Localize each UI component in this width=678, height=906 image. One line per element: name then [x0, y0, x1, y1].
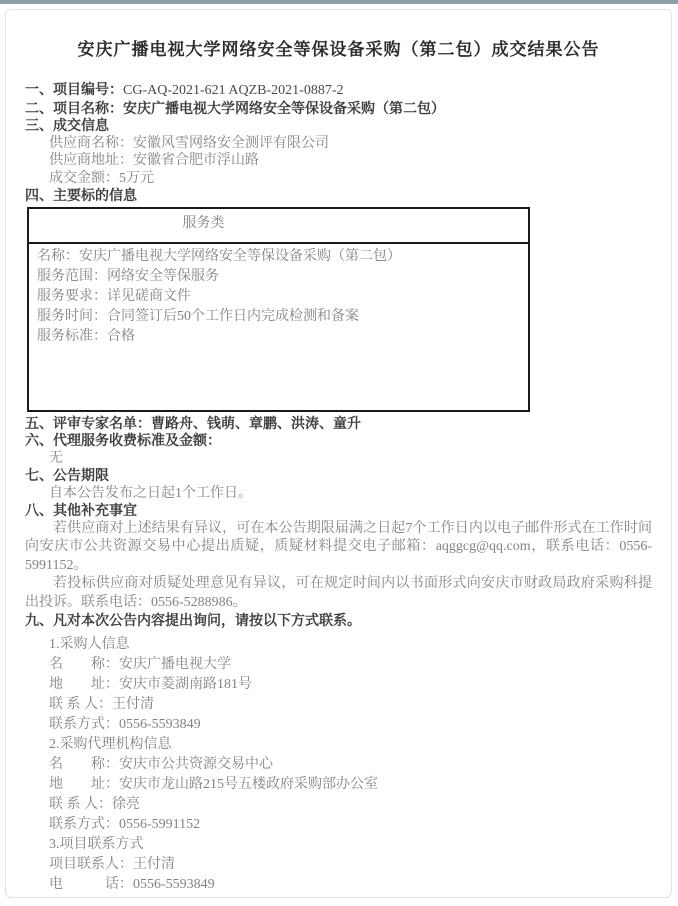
service-time-row: 服务时间：合同签订后50个工作日内完成检测和备案	[37, 307, 520, 327]
project-name-label: 二、项目名称：	[25, 100, 123, 116]
contact-blocks: 1.采购人信息 名 称：安庆广播电视大学 地 址：安庆市菱湖南路181号 联 系…	[25, 635, 652, 895]
project-number-value: CG-AQ-2021-621 AQZB-2021-0887-2	[123, 83, 343, 98]
section-agency-fee-heading: 六、代理服务收费标准及金额：	[25, 432, 652, 450]
agency-name-line: 名 称：安庆市公共资源交易中心	[49, 755, 652, 775]
service-scope-row: 服务范围：网络安全等保服务	[37, 267, 520, 287]
agency-contact-person-line: 联 系 人：徐亮	[49, 795, 652, 815]
expert-list-label: 五、评审专家名单：	[25, 415, 151, 431]
subject-table-body-row: 名称：安庆广播电视大学网络安全等保设备采购（第二包） 服务范围：网络安全等保服务…	[28, 243, 529, 411]
agency-contact-phone-line: 联系方式：0556-5991152	[49, 815, 652, 835]
project-number-label: 一、项目编号：	[25, 81, 123, 97]
subject-info-table: 服务类 名称：安庆广播电视大学网络安全等保设备采购（第二包） 服务范围：网络安全…	[27, 207, 530, 412]
subject-table-header-row: 服务类	[28, 208, 529, 243]
top-accent-bar	[0, 0, 678, 4]
section-notice-period-heading: 七、公告期限	[25, 467, 652, 485]
deal-amount-line: 成交金额：5万元	[49, 170, 652, 188]
agency-fee-value: 无	[49, 450, 652, 468]
agency-address-line: 地 址：安庆市龙山路215号五楼政府采购部办公室	[49, 775, 652, 795]
section-project-number: 一、项目编号：CG-AQ-2021-621 AQZB-2021-0887-2	[25, 81, 652, 100]
subject-name-row: 名称：安庆广播电视大学网络安全等保设备采购（第二包）	[37, 247, 520, 267]
service-standard-row: 服务标准：合格	[37, 327, 520, 347]
supplier-address-line: 供应商地址：安徽省合肥市浮山路	[49, 152, 652, 170]
subject-detail-cell: 名称：安庆广播电视大学网络安全等保设备采购（第二包） 服务范围：网络安全等保服务…	[28, 243, 529, 411]
purchaser-info-heading: 1.采购人信息	[49, 635, 652, 655]
announcement-sheet: 安庆广播电视大学网络安全等保设备采购（第二包）成交结果公告 一、项目编号：CG-…	[5, 9, 672, 898]
purchaser-contact-person-line: 联 系 人：王付清	[49, 695, 652, 715]
agency-info-heading: 2.采购代理机构信息	[49, 735, 652, 755]
page-title: 安庆广播电视大学网络安全等保设备采购（第二包）成交结果公告	[25, 38, 652, 62]
project-name-value: 安庆广播电视大学网络安全等保设备采购（第二包）	[123, 100, 445, 116]
section-contact-heading: 九、凡对本次公告内容提出询问，请按以下方式联系。	[25, 612, 652, 630]
notice-period-value: 自本公告发布之日起1个工作日。	[49, 485, 652, 503]
objection-paragraph: 若供应商对上述结果有异议，可在本公告期限届满之日起7个工作日内以电子邮件形式在工…	[25, 520, 652, 576]
section-deal-info-heading: 三、成交信息	[25, 117, 652, 135]
project-contact-heading: 3.项目联系方式	[49, 835, 652, 855]
purchaser-contact-phone-line: 联系方式：0556-5593849	[49, 715, 652, 735]
project-contact-phone-line: 电 话：0556-5593849	[49, 875, 652, 895]
section-subject-info-heading: 四、主要标的信息	[25, 187, 652, 205]
purchaser-address-line: 地 址：安庆市菱湖南路181号	[49, 675, 652, 695]
service-requirement-row: 服务要求：详见磋商文件	[37, 287, 520, 307]
project-contact-person-line: 项目联系人：王付清	[49, 855, 652, 875]
complaint-paragraph: 若投标供应商对质疑处理意见有异议，可在规定时间内以书面形式向安庆市财政局政府采购…	[25, 575, 652, 612]
purchaser-name-line: 名 称：安庆广播电视大学	[49, 655, 652, 675]
supplier-name-line: 供应商名称：安徽风雪网络安全测评有限公司	[49, 135, 652, 153]
section-expert-list: 五、评审专家名单：曹路舟、钱萌、章鹏、洪涛、童升	[25, 415, 652, 433]
section-project-name: 二、项目名称：安庆广播电视大学网络安全等保设备采购（第二包）	[25, 100, 652, 118]
expert-list-names: 曹路舟、钱萌、章鹏、洪涛、童升	[151, 415, 361, 431]
section-supplementary-heading: 八、其他补充事宜	[25, 502, 652, 520]
service-category-header-cell: 服务类	[28, 208, 529, 243]
